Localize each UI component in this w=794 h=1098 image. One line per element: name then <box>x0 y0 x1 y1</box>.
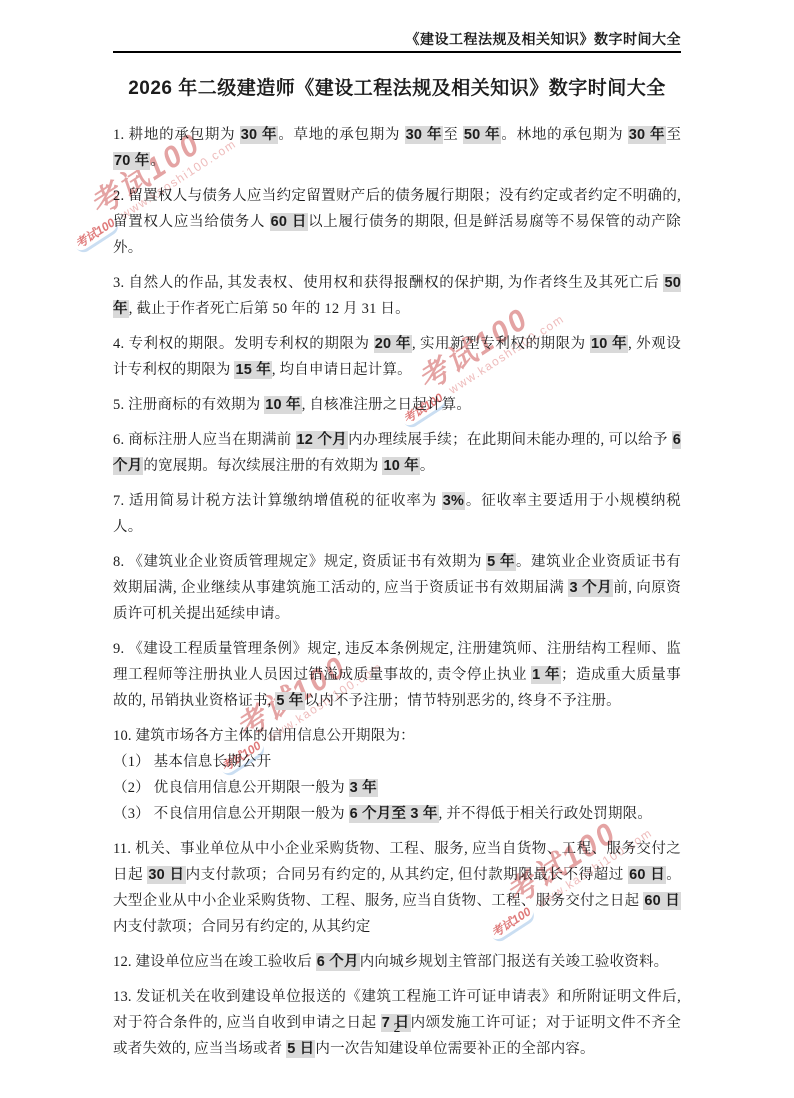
highlighted-value: 30 年 <box>240 126 279 144</box>
text-run: 3. 自然人的作品, 其发表权、使用权和获得报酬权的保护期, 为作者终生及其死亡… <box>113 275 663 291</box>
document-body: 1. 耕地的承包期为 30 年。草地的承包期为 30 年至 50 年。林地的承包… <box>113 122 681 1062</box>
paragraph-block-11: 11. 机关、事业单位从中小企业采购货物、工程、服务, 应当自货物、工程、服务交… <box>113 836 681 940</box>
text-run: 以内不予注册；情节特别恶劣的, 终身不予注册。 <box>305 693 621 709</box>
text-run: 。 <box>150 153 165 169</box>
page-number: 2 <box>0 1020 794 1036</box>
paragraph-line: 5. 注册商标的有效期为 10 年, 自核准注册之日起计算。 <box>113 392 681 418</box>
text-run: 。林地的承包期为 <box>501 127 627 143</box>
highlighted-value: 6 个月至 3 年 <box>349 805 439 823</box>
highlighted-value: 10 年 <box>590 335 628 353</box>
highlighted-value: 5 年 <box>486 553 516 571</box>
text-run: , 自核准注册之日起计算。 <box>302 397 471 413</box>
text-run: , 截止于作者死亡后第 50 年的 12 月 31 日。 <box>129 301 410 317</box>
text-run: （2） 优良信用信息公开期限一般为 <box>113 780 349 796</box>
text-run: 4. 专利权的期限。发明专利权的期限为 <box>113 336 374 352</box>
paragraph-block-9: 9. 《建设工程质量管理条例》规定, 违反本条例规定, 注册建筑师、注册结构工程… <box>113 636 681 714</box>
highlighted-value: 60 日 <box>270 213 309 231</box>
text-run: 内支付款项；合同另有约定的, 从其约定, 但付款期限最长不得超过 <box>186 867 628 883</box>
paragraph-line: 8. 《建筑业企业资质管理规定》规定, 资质证书有效期为 5 年。建筑业企业资质… <box>113 549 681 627</box>
highlighted-value: 1 年 <box>531 666 561 684</box>
highlighted-value: 10 年 <box>382 457 419 475</box>
paragraph-line: （1） 基本信息长期公开 <box>113 749 681 775</box>
paragraph-line: 6. 商标注册人应当在期满前 12 个月内办理续展手续；在此期间未能办理的, 可… <box>113 427 681 479</box>
text-run: , 实用新型专利权的期限为 <box>412 336 590 352</box>
text-run: 内支付款项；合同另有约定的, 从其约定 <box>113 919 371 935</box>
paragraph-block-8: 8. 《建筑业企业资质管理规定》规定, 资质证书有效期为 5 年。建筑业企业资质… <box>113 549 681 627</box>
text-run: 12. 建设单位应当在竣工验收后 <box>113 954 316 970</box>
paragraph-line: 12. 建设单位应当在竣工验收后 6 个月内向城乡规划主管部门报送有关竣工验收资… <box>113 949 681 975</box>
highlighted-value: 30 年 <box>628 126 667 144</box>
paragraph-line: 7. 适用简易计税方法计算缴纳增值税的征收率为 3%。征收率主要适用于小规模纳税… <box>113 488 681 540</box>
paragraph-block-12: 12. 建设单位应当在竣工验收后 6 个月内向城乡规划主管部门报送有关竣工验收资… <box>113 949 681 975</box>
paragraph-block-4: 4. 专利权的期限。发明专利权的期限为 20 年, 实用新型专利权的期限为 10… <box>113 331 681 383</box>
text-run: , 并不得低于相关行政处罚期限。 <box>439 806 652 822</box>
highlighted-value: 60 日 <box>643 892 681 910</box>
text-run: 的宽展期。每次续展注册的有效期为 <box>143 458 382 474</box>
paragraph-block-3: 3. 自然人的作品, 其发表权、使用权和获得报酬权的保护期, 为作者终生及其死亡… <box>113 270 681 322</box>
text-run: （1） 基本信息长期公开 <box>113 754 271 770</box>
page-header: 《建设工程法规及相关知识》数字时间大全 <box>113 31 681 53</box>
paragraph-line: （2） 优良信用信息公开期限一般为 3 年 <box>113 775 681 801</box>
text-run: 6. 商标注册人应当在期满前 <box>113 432 296 448</box>
paragraph-line: 4. 专利权的期限。发明专利权的期限为 20 年, 实用新型专利权的期限为 10… <box>113 331 681 383</box>
text-run: （3） 不良信用信息公开期限一般为 <box>113 806 349 822</box>
paragraph-block-10: 10. 建筑市场各方主体的信用信息公开期限为：（1） 基本信息长期公开（2） 优… <box>113 723 681 827</box>
text-run: 内办理续展手续；在此期间未能办理的, 可以给予 <box>348 432 672 448</box>
text-run: 内一次告知建设单位需要补正的全部内容。 <box>315 1041 594 1057</box>
paragraph-line: 3. 自然人的作品, 其发表权、使用权和获得报酬权的保护期, 为作者终生及其死亡… <box>113 270 681 322</box>
paragraph-block-5: 5. 注册商标的有效期为 10 年, 自核准注册之日起计算。 <box>113 392 681 418</box>
highlighted-value: 5 年 <box>275 692 304 710</box>
highlighted-value: 15 年 <box>234 361 271 379</box>
highlighted-value: 50 年 <box>463 126 502 144</box>
highlighted-value: 3 个月 <box>568 579 613 597</box>
paragraph-block-7: 7. 适用简易计税方法计算缴纳增值税的征收率为 3%。征收率主要适用于小规模纳税… <box>113 488 681 540</box>
text-run: 1. 耕地的承包期为 <box>113 127 240 143</box>
text-run: 至 <box>666 127 681 143</box>
text-run: 。草地的承包期为 <box>278 127 404 143</box>
text-run: 10. 建筑市场各方主体的信用信息公开期限为： <box>113 728 415 744</box>
paragraph-line: （3） 不良信用信息公开期限一般为 6 个月至 3 年, 并不得低于相关行政处罚… <box>113 801 681 827</box>
highlighted-value: 10 年 <box>264 396 301 414</box>
document-title: 2026 年二级建造师《建设工程法规及相关知识》数字时间大全 <box>113 78 681 100</box>
paragraph-block-2: 2. 留置权人与债务人应当约定留置财产后的债务履行期限；没有约定或者约定不明确的… <box>113 183 681 261</box>
header-title: 《建设工程法规及相关知识》数字时间大全 <box>113 31 681 48</box>
paragraph-block-1: 1. 耕地的承包期为 30 年。草地的承包期为 30 年至 50 年。林地的承包… <box>113 122 681 174</box>
paragraph-block-6: 6. 商标注册人应当在期满前 12 个月内办理续展手续；在此期间未能办理的, 可… <box>113 427 681 479</box>
paragraph-line: 1. 耕地的承包期为 30 年。草地的承包期为 30 年至 50 年。林地的承包… <box>113 122 681 174</box>
text-run: 5. 注册商标的有效期为 <box>113 397 264 413</box>
header-divider <box>113 51 681 53</box>
text-run: 至 <box>443 127 463 143</box>
paragraph-line: 11. 机关、事业单位从中小企业采购货物、工程、服务, 应当自货物、工程、服务交… <box>113 836 681 940</box>
highlighted-value: 3 年 <box>349 779 378 797</box>
highlighted-value: 6 个月 <box>316 953 360 971</box>
highlighted-value: 30 日 <box>147 866 185 884</box>
text-run: 内向城乡规划主管部门报送有关竣工验收资料。 <box>360 954 669 970</box>
highlighted-value: 70 年 <box>113 152 150 170</box>
document-page: 《建设工程法规及相关知识》数字时间大全 2026 年二级建造师《建设工程法规及相… <box>113 31 681 1071</box>
paragraph-line: 2. 留置权人与债务人应当约定留置财产后的债务履行期限；没有约定或者约定不明确的… <box>113 183 681 261</box>
text-run: 。 <box>420 458 435 474</box>
highlighted-value: 30 年 <box>405 126 444 144</box>
text-run: , 均自申请日起计算。 <box>272 362 412 378</box>
paragraph-line: 9. 《建设工程质量管理条例》规定, 违反本条例规定, 注册建筑师、注册结构工程… <box>113 636 681 714</box>
text-run: 7. 适用简易计税方法计算缴纳增值税的征收率为 <box>113 493 442 509</box>
highlighted-value: 3% <box>442 492 465 510</box>
text-run: 8. 《建筑业企业资质管理规定》规定, 资质证书有效期为 <box>113 554 486 570</box>
highlighted-value: 12 个月 <box>296 431 349 449</box>
highlighted-value: 60 日 <box>628 866 666 884</box>
paragraph-line: 10. 建筑市场各方主体的信用信息公开期限为： <box>113 723 681 749</box>
highlighted-value: 5 日 <box>286 1040 315 1058</box>
highlighted-value: 20 年 <box>374 335 412 353</box>
